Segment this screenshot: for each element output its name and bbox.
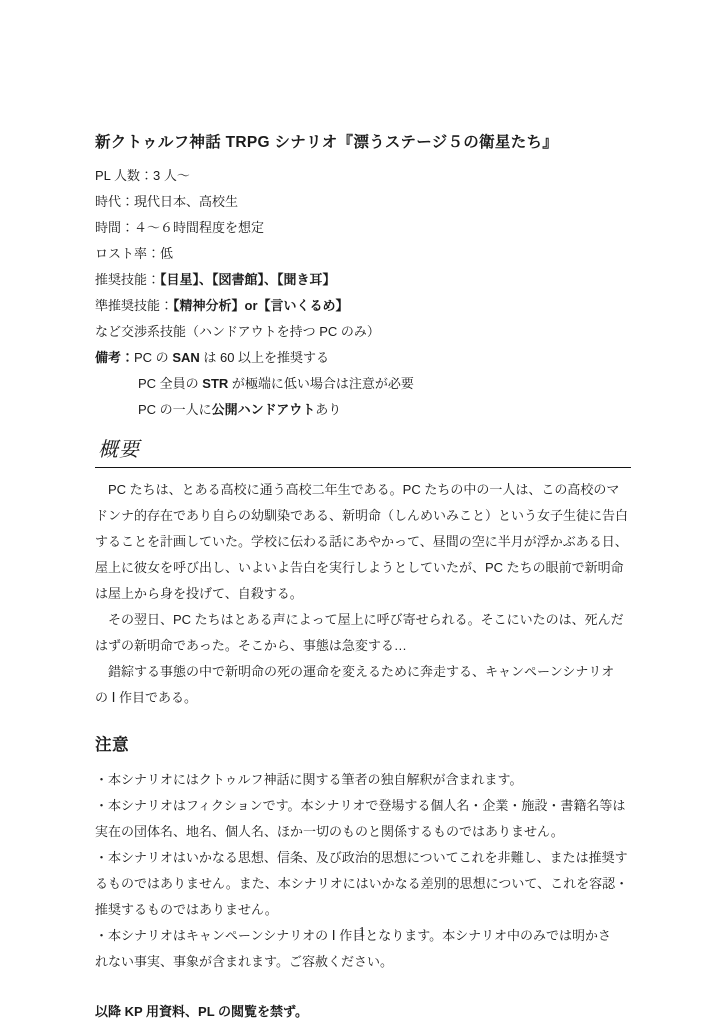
document-page: 新クトゥルフ神話 TRPG シナリオ『漂うステージ５の衛星たち』 PL 人数：3… [0,0,724,1024]
overview-paragraph-line: PC たちは、とある高校に通う高校二年生である。PC たちの中の一人は、この高校… [95,477,631,503]
note-line: れない事実、事象が含まれます。ご容赦ください。 [95,949,631,975]
kp-only-notice: 以降 KP 用資料、PL の閲覧を禁ず。 [95,1001,631,1020]
notes-section-heading: 注意 [95,731,631,755]
document-title: 新クトゥルフ神話 TRPG シナリオ『漂うステージ５の衛星たち』 [95,130,631,152]
note-line: 推奨するものではありません。 [95,897,631,923]
note-line: るものではありません。また、本シナリオにはいかなる差別的思想について、これを容認… [95,871,631,897]
note-line: ・本シナリオはいかなる思想、信条、及び政治的思想についてこれを非難し、または推奨… [95,845,631,871]
scenario-meta-line: 備考：PC の SAN は 60 以上を推奨する [95,345,631,371]
scenario-meta-line: ロスト率：低 [95,241,631,267]
scenario-meta-line: PL 人数：3 人～ [95,163,631,189]
overview-paragraph-line: は屋上から身を投げて、自殺する。 [95,581,631,607]
overview-paragraph-line: することを計画していた。学校に伝わる話にあやかって、昼間の空に半月が浮かぶある日… [95,529,631,555]
notes-list: ・本シナリオにはクトゥルフ神話に関する筆者の独自解釈が含まれます。・本シナリオは… [95,767,631,975]
note-line: 実在の団体名、地名、個人名、ほか一切のものと関係するものではありません。 [95,819,631,845]
overview-paragraph-line: はずの新明命であった。そこから、事態は急変する… [95,633,631,659]
scenario-meta-line: 時間：４～６時間程度を想定 [95,215,631,241]
overview-paragraph-line: の Ⅰ 作目である。 [95,685,631,711]
overview-paragraph-line: その翌日、PC たちはとある声によって屋上に呼び寄せられる。そこにいたのは、死ん… [95,607,631,633]
note-line: ・本シナリオにはクトゥルフ神話に関する筆者の独自解釈が含まれます。 [95,767,631,793]
scenario-meta-line: 準推奨技能：【精神分析】or【言いくるめ】など交渉系技能（ハンドアウトを持つ P… [95,293,631,345]
overview-paragraph-line: ドンナ的存在であり自らの幼馴染である、新明命（しんめいみこと）という女子生徒に告… [95,503,631,529]
overview-paragraph-line: 錯綜する事態の中で新明命の死の運命を変えるために奔走する、キャンペーンシナリオ [95,659,631,685]
note-line: ・本シナリオはフィクションです。本シナリオで登場する個人名・企業・施設・書籍名等… [95,793,631,819]
scenario-meta-list: PL 人数：3 人～時代：現代日本、高校生時間：４～６時間程度を想定ロスト率：低… [95,163,631,423]
scenario-meta-line: PC の一人に公開ハンドアウトあり [95,397,631,423]
overview-paragraph-line: 屋上に彼女を呼び出し、いよいよ告白を実行しようとしていたが、PC たちの眼前で新… [95,555,631,581]
scenario-meta-line: 時代：現代日本、高校生 [95,189,631,215]
overview-paragraph: PC たちは、とある高校に通う高校二年生である。PC たちの中の一人は、この高校… [95,477,631,711]
scenario-meta-line: 推奨技能：【目星】、【図書館】、【聞き耳】 [95,267,631,293]
scenario-meta-line: PC 全員の STR が極端に低い場合は注意が必要 [95,371,631,397]
page-number: 1 [0,924,724,940]
overview-section-heading: 概要 [95,433,631,468]
